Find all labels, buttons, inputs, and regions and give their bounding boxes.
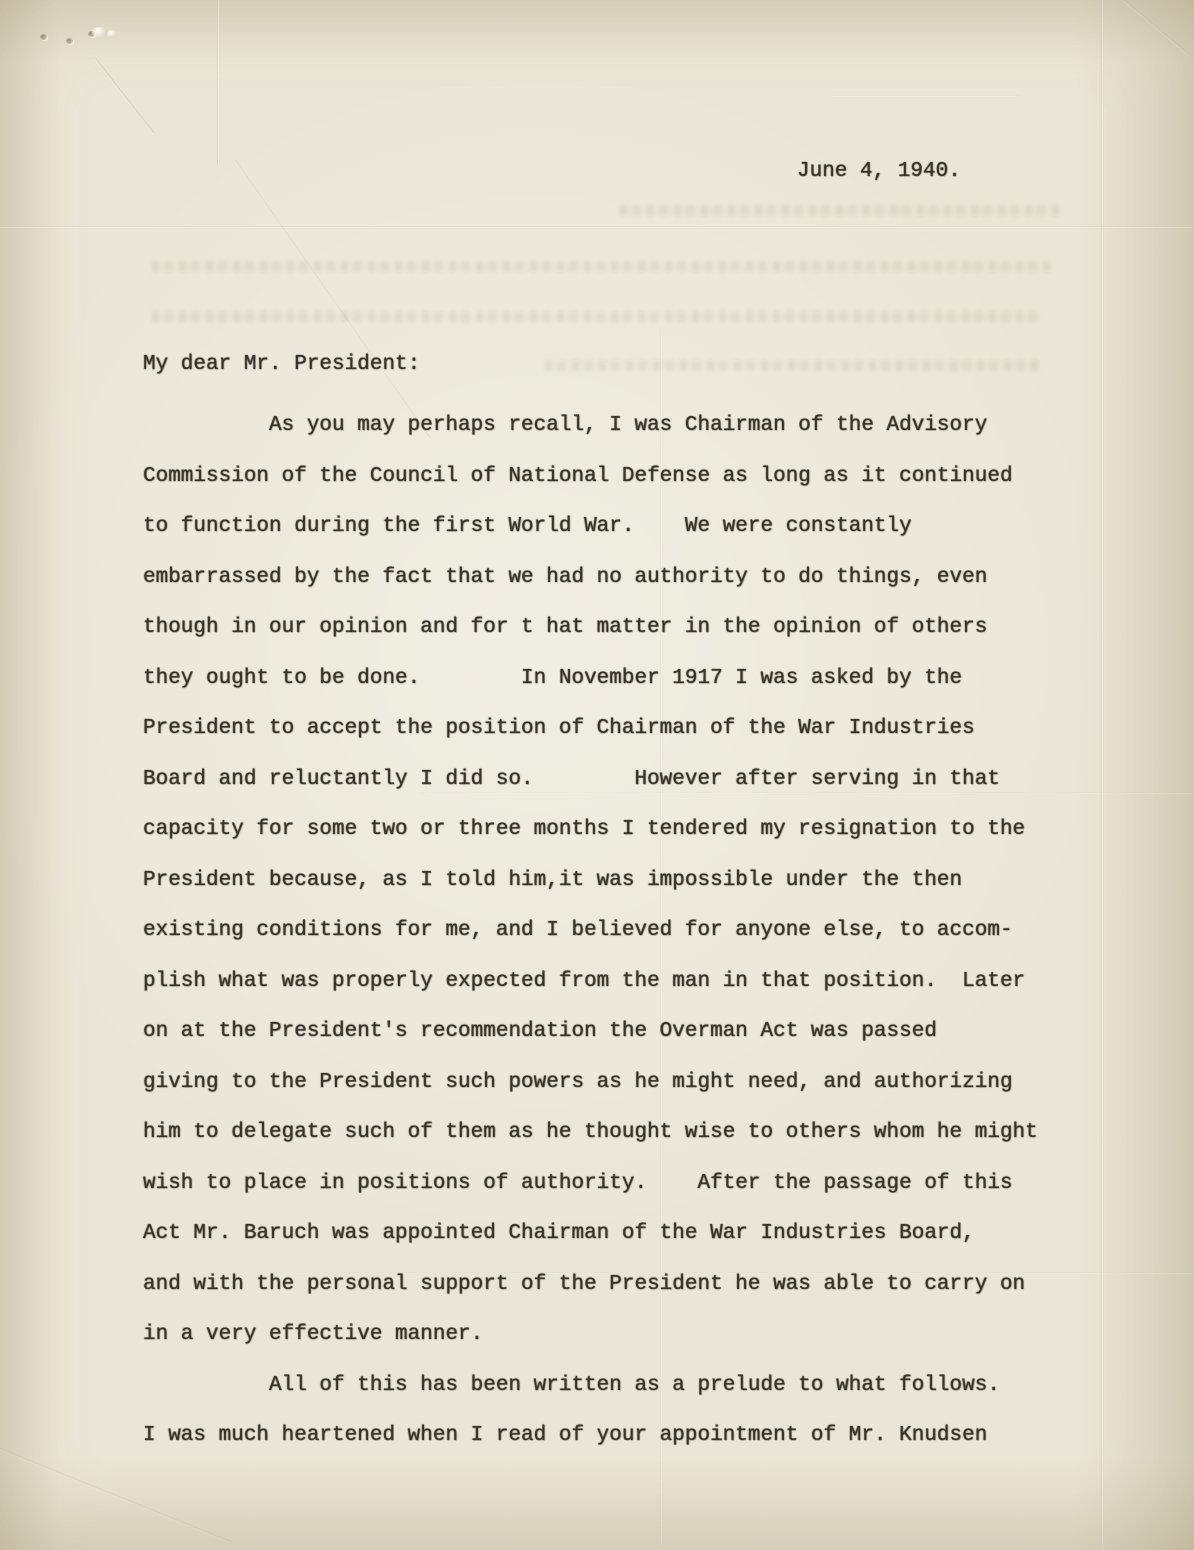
paper-blister	[92, 27, 108, 38]
letter-line: wish to place in positions of authority.…	[143, 1159, 1053, 1210]
letter-line: Board and reluctantly I did so. However …	[143, 755, 1053, 806]
letter-line: and with the personal support of the Pre…	[143, 1260, 1053, 1311]
letter-line: plish what was properly expected from th…	[143, 957, 1053, 1008]
letter-line: him to delegate such of them as he thoug…	[143, 1108, 1053, 1159]
letter-page: June 4, 1940. My dear Mr. President: As …	[0, 0, 1194, 1550]
letter-line: giving to the President such powers as h…	[143, 1058, 1053, 1109]
letter-line: President to accept the position of Chai…	[143, 704, 1053, 755]
letter-line: As you may perhaps recall, I was Chairma…	[143, 401, 1053, 452]
bleed-through-line	[620, 205, 1060, 216]
letter-line: President because, as I told him,it was …	[143, 856, 1053, 907]
letter-line: existing conditions for me, and I believ…	[143, 906, 1053, 957]
crease-vertical-right	[1101, 0, 1104, 1550]
bleed-through-line	[152, 311, 1042, 322]
paper-blister	[107, 30, 117, 38]
letter-line: though in our opinion and for t hat matt…	[143, 603, 1053, 654]
letter-line: they ought to be done. In November 1917 …	[143, 654, 1053, 705]
staple-hole	[66, 38, 73, 44]
letter-line: in a very effective manner.	[143, 1310, 1053, 1361]
crease-diagonal-bottom-left	[0, 1448, 232, 1544]
crease-vertical-top-left	[217, 0, 220, 165]
letter-line: Act Mr. Baruch was appointed Chairman of…	[143, 1209, 1053, 1260]
letter-line: capacity for some two or three months I …	[143, 805, 1053, 856]
bleed-through-line	[545, 360, 1040, 371]
bleed-through-line	[152, 261, 1052, 272]
crease-horizontal-top-right	[830, 95, 1020, 98]
letter-line: to function during the first World War. …	[143, 502, 1053, 553]
letter-line: on at the President's recommendation the…	[143, 1007, 1053, 1058]
letter-line: embarrassed by the fact that we had no a…	[143, 553, 1053, 604]
crease-horizontal-upper	[0, 226, 1194, 229]
letter-body: As you may perhaps recall, I was Chairma…	[143, 401, 1053, 1462]
letter-date: June 4, 1940.	[797, 160, 961, 183]
letter-line: I was much heartened when I read of your…	[143, 1411, 1053, 1462]
crease-diagonal-upper-left	[234, 160, 431, 440]
staple-hole	[40, 34, 47, 40]
crease-diagonal-top-left	[94, 58, 154, 134]
letter-line: All of this has been written as a prelud…	[143, 1361, 1053, 1412]
salutation: My dear Mr. President:	[143, 353, 420, 376]
crease-diagonal-top-right	[1124, 0, 1194, 59]
letter-line: Commission of the Council of National De…	[143, 452, 1053, 503]
